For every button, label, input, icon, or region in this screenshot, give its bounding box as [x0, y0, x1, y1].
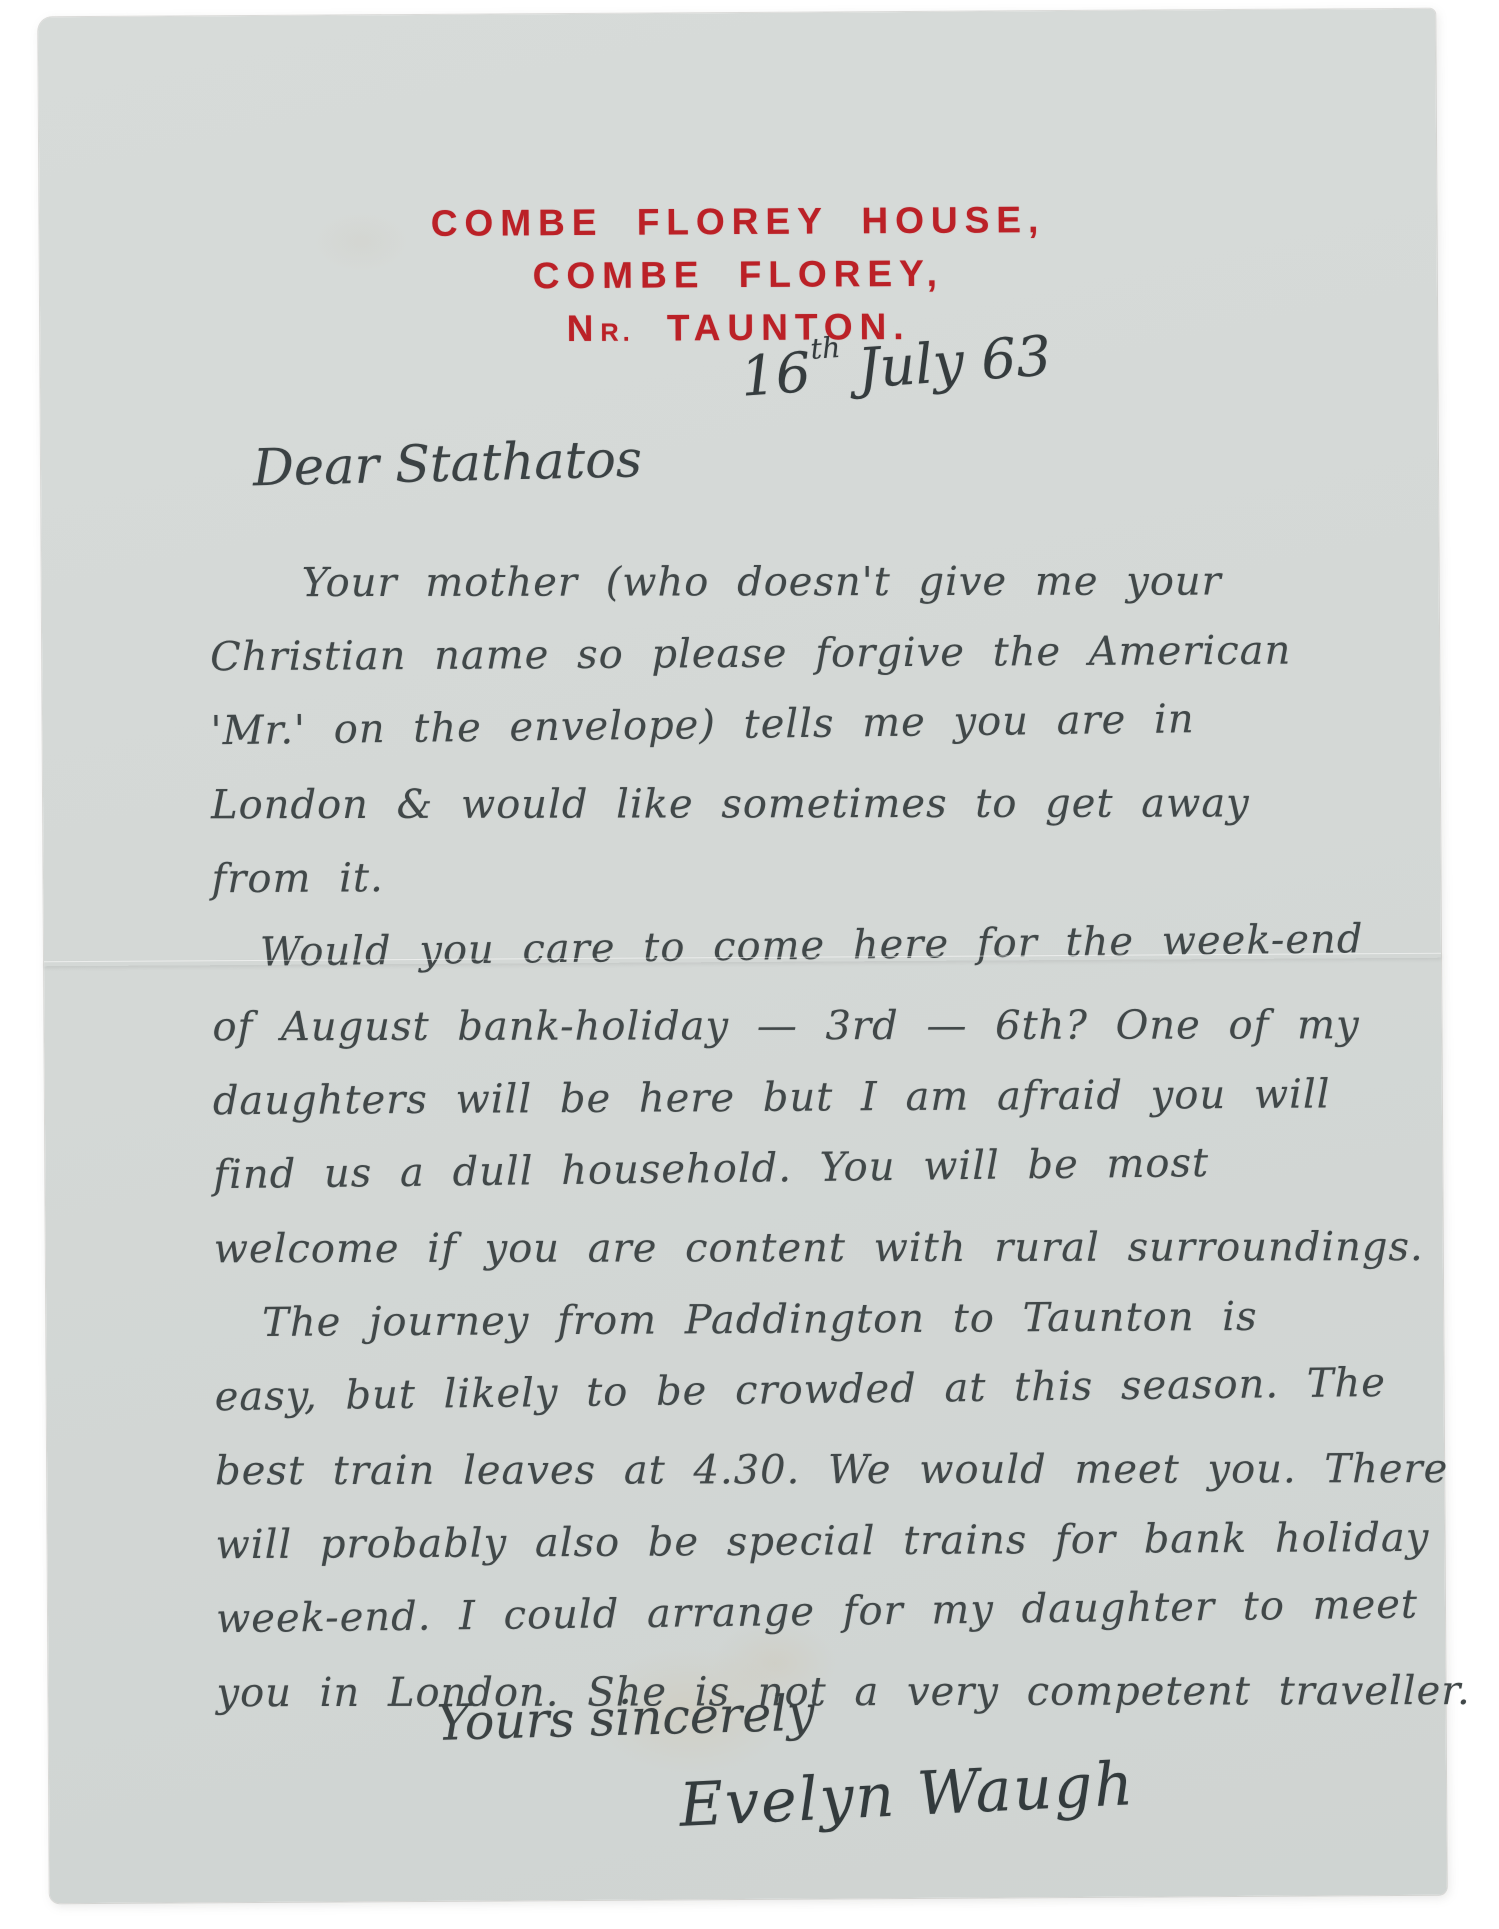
- letterhead-line-3-n: N: [567, 308, 601, 349]
- salutation: Dear Stathatos: [252, 430, 642, 498]
- letter-line: 'Mr.' on the envelope) tells me you are …: [210, 679, 1451, 768]
- letter-line: Your mother (who doesn't give me your: [210, 544, 1450, 620]
- letter-line: best train leaves at 4.30. We would meet…: [215, 1432, 1455, 1508]
- letter-line: you in London. She is not a very compete…: [216, 1654, 1456, 1730]
- letterhead-line-3-smallcap: R.: [600, 319, 633, 347]
- letter-line: easy, but likely to be crowded at this s…: [214, 1345, 1455, 1434]
- signature: Evelyn Waugh: [678, 1749, 1137, 1841]
- letter-body: Your mother (who doesn't give me your Ch…: [209, 539, 1456, 1731]
- letter-line: welcome if you are content with rural su…: [214, 1210, 1454, 1286]
- letter-line: week-end. I could arrange for my daughte…: [216, 1567, 1457, 1656]
- photo-background: COMBE FLOREY HOUSE, COMBE FLOREY, NR. TA…: [0, 0, 1499, 1929]
- date-day: 16: [739, 340, 813, 409]
- letterhead: COMBE FLOREY HOUSE, COMBE FLOREY, NR. TA…: [39, 191, 1437, 364]
- letter-line: London & would like sometimes to get awa…: [211, 766, 1451, 842]
- letterhead-line-1: COMBE FLOREY HOUSE,: [39, 191, 1436, 253]
- letterhead-line-2: COMBE FLOREY,: [40, 244, 1437, 306]
- closing: Yours sincerely: [436, 1685, 815, 1752]
- letter-line: find us a dull household. You will be mo…: [213, 1123, 1454, 1212]
- date-rest: July 63: [838, 323, 1053, 401]
- letter-line: of August bank-holiday — 3rd — 6th? One …: [212, 988, 1452, 1064]
- letter-paper: COMBE FLOREY HOUSE, COMBE FLOREY, NR. TA…: [38, 9, 1446, 1903]
- letter-line: Would you care to come here for the week…: [212, 901, 1453, 990]
- date-suffix: th: [809, 330, 841, 366]
